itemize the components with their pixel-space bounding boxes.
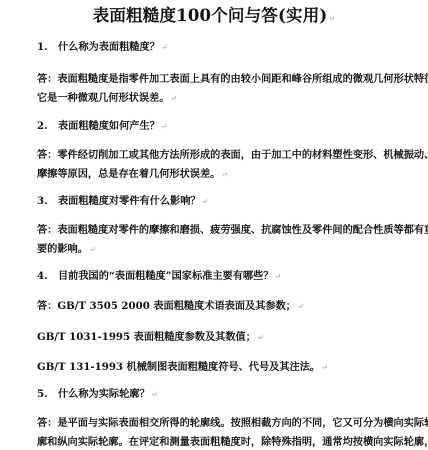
paragraph-mark-icon: ↵ [151,390,158,399]
paragraph-mark-icon: ↵ [328,14,335,23]
paragraph-mark-icon: ↵ [221,170,228,179]
answer-2-line-2: 摩擦等原因，总是存在着几何形状误差。↵ [37,167,228,182]
paragraph-mark-icon: ↵ [202,197,209,206]
answer-3-line-2: 要的影响。↵ [37,242,96,257]
answer-4-line-2: GB/T 1031-1995 表面粗糙度参数及其数值；↵ [37,330,264,345]
question-number: 5. [37,387,58,401]
question-5: 5.什么称为实际轮廓？↵ [37,387,157,402]
answer-2-line-1: 答：零件经切削加工或其他方法所形成的表面，由于加工中的材料塑性变形、机械振动、 [37,148,428,162]
question-number: 3. [37,194,58,208]
answer-4-line-3: GB/T 131-1993 机械制图表面粗糙度符号、代号及其注法。↵ [37,360,328,375]
paragraph-mark-icon: ↵ [170,94,177,103]
question-text: 什么称为表面粗糙度？ [58,41,160,53]
paragraph-mark-icon: ↵ [321,363,328,372]
question-text: 表面粗糙度对零件有什么影响？ [58,195,201,207]
question-4: 4.目前我国的“表面粗糙度”国家标准主要有哪些？↵ [37,269,281,284]
question-3: 3.表面粗糙度对零件有什么影响？↵ [37,194,208,209]
paragraph-mark-icon: ↵ [257,333,264,342]
question-number: 2. [37,119,58,133]
answer-1-line-2: 它是一种微观几何形状误差。↵ [37,91,177,106]
question-number: 4. [37,269,58,283]
answer-5-line-1: 答：是平面与实际表面相交所得的轮廓线。按照相截方向的不同，它又可分为横向实际轮 [37,416,428,430]
question-2: 2.表面粗糙度如何产生？↵ [37,119,168,134]
question-text: 表面粗糙度如何产生？ [58,120,160,132]
answer-5-line-2: 廓和纵向实际轮廓。在评定和测量表面粗糙度时，除特殊指明，通常均按横向实际轮廓， [37,435,428,449]
question-text: 目前我国的“表面粗糙度”国家标准主要有哪些？ [58,270,273,282]
document-title: 表面粗糙度100个问与答(实用)↵ [0,5,428,30]
question-text: 什么称为实际轮廓？ [58,388,150,400]
question-1: 1.什么称为表面粗糙度？↵ [37,40,168,55]
question-number: 1. [37,40,58,54]
paragraph-mark-icon: ↵ [89,245,96,254]
paragraph-mark-icon: ↵ [274,272,281,281]
paragraph-mark-icon: ↵ [161,43,168,52]
answer-1-line-1: 答：表面粗糙度是指零件加工表面上具有的由较小间距和峰谷所组成的微观几何形状特征。 [37,72,428,86]
paragraph-mark-icon: ↵ [161,122,168,131]
answer-4-line-1: 答：GB/T 3505 2000 表面粗糙度术语表面及其参数；↵ [37,299,304,314]
answer-3-line-1: 答：表面粗糙度对零件的摩擦和磨损、疲劳强度、抗腐蚀性及零件间的配合性质等都有重 [37,223,428,237]
document-page: 表面粗糙度100个问与答(实用)↵ 1.什么称为表面粗糙度？↵ 答：表面粗糙度是… [0,0,428,450]
paragraph-mark-icon: ↵ [297,302,304,311]
